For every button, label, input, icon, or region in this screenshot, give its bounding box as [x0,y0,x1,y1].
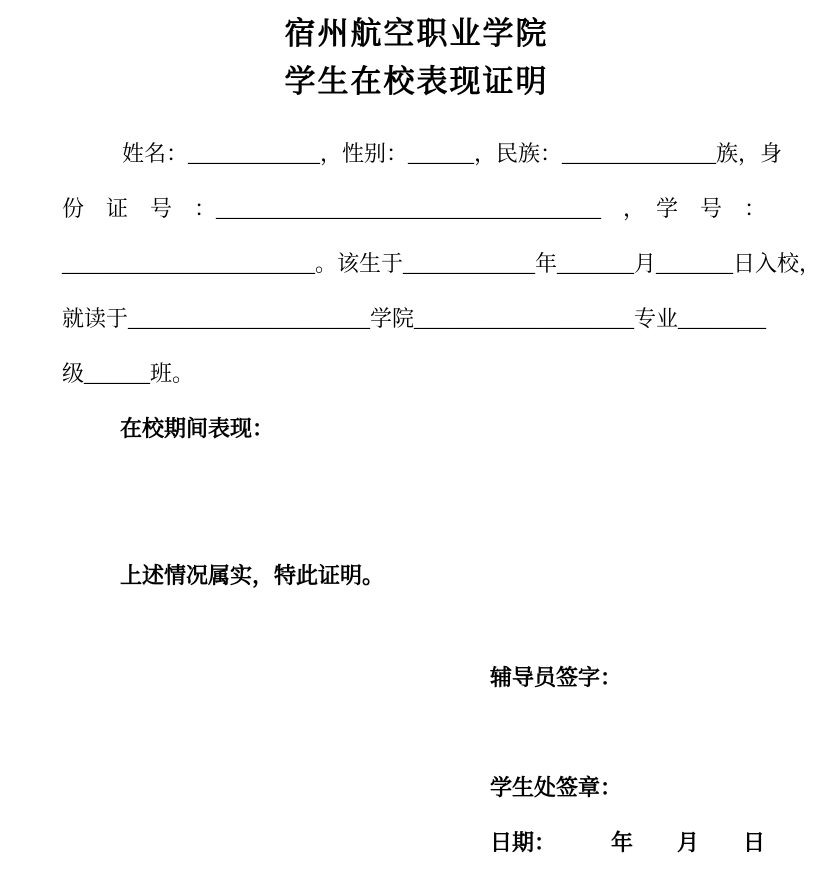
body-line-grade-class: 级______班。 [62,346,833,401]
document-title-school: 宿州航空职业学院 [0,10,833,58]
body-line-id-number: 份 证 号 ：_________________________________… [62,181,833,236]
certificate-body: 姓名：____________，性别：______，民族：___________… [0,126,833,603]
document-title-certificate: 学生在校表现证明 [0,58,833,106]
counselor-signature-label: 辅导员签字： [490,650,765,705]
body-line-student-number-enrollment-date: _______________________。该生于____________年… [62,236,833,291]
date-line: 日期： 年 月 日 [490,815,765,870]
student-office-seal-label: 学生处签章： [490,760,765,815]
affirmation-statement: 上述情况属实，特此证明。 [120,548,833,603]
body-line-name-gender-ethnicity: 姓名：____________，性别：______，民族：___________… [122,126,833,181]
body-line-college-major: 就读于______________________学院_____________… [62,291,833,346]
certificate-document: 宿州航空职业学院 学生在校表现证明 姓名：____________，性别：___… [0,0,833,873]
performance-section-label: 在校期间表现： [120,401,833,456]
signature-block: 辅导员签字： 学生处签章： 日期： 年 月 日 [490,650,765,870]
